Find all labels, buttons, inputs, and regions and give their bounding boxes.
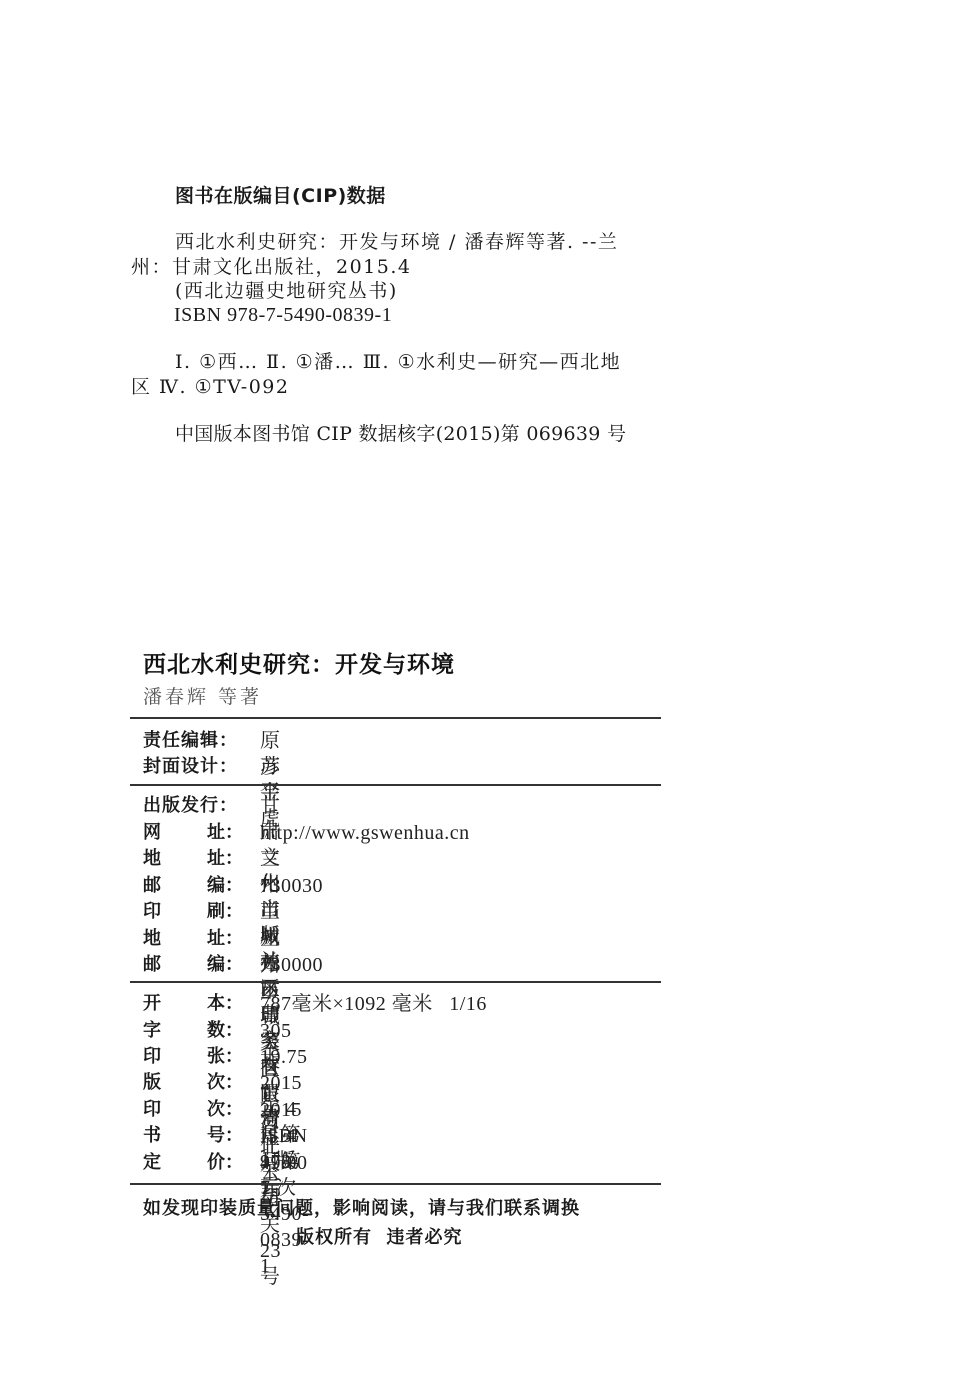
book-author: 潘春辉 等著 — [143, 682, 262, 709]
website-label-a: 网 — [143, 820, 161, 846]
sheets-value: 19.75 — [260, 1044, 308, 1070]
website-label-b: 址： — [207, 820, 243, 846]
printer-address-label-b: 址： — [207, 926, 243, 952]
cip-subject-line-1: Ⅰ. ①西… Ⅱ. ①潘… Ⅲ. ①水利史—研究—西北地 — [175, 350, 621, 374]
publisher-postcode-value: 730030 — [260, 873, 323, 899]
format-label-b: 本： — [207, 991, 243, 1017]
book-title: 西北水利史研究：开发与环境 — [143, 646, 455, 679]
printer-label-b: 刷： — [207, 899, 243, 925]
cip-isbn: ISBN 978-7-5490-0839-1 — [174, 303, 392, 327]
printer-postcode-value: 730000 — [260, 952, 323, 978]
word-count-label-b: 数： — [207, 1018, 243, 1044]
copyright-notice: 版权所有 违者必究 — [296, 1223, 463, 1249]
isbn-label-b: 号： — [207, 1123, 243, 1149]
cip-entry-line-2: 州：甘肃文化出版社，2015.4 — [131, 255, 411, 279]
divider-rule — [130, 784, 661, 786]
printer-address-label-a: 地 — [143, 926, 161, 952]
printer-label-a: 印 — [143, 899, 161, 925]
format-value: 787毫米×1092 毫米 1/16 — [260, 991, 487, 1017]
cip-entry-line-1: 西北水利史研究：开发与环境 / 潘春辉等著. --兰 — [175, 230, 618, 254]
printer-postcode-label-a: 邮 — [143, 952, 161, 978]
price-label-a: 定 — [143, 1150, 161, 1176]
editor-label: 责任编辑： — [143, 728, 238, 754]
printer-postcode-label-b: 编： — [207, 952, 243, 978]
address-label-a: 地 — [143, 846, 161, 872]
cover-designer-label: 封面设计： — [143, 754, 238, 780]
isbn-label-a: 书 — [143, 1123, 161, 1149]
format-label-a: 开 — [143, 991, 161, 1017]
quality-notice: 如发现印装质量问题，影响阅读，请与我们联系调换 — [143, 1194, 580, 1220]
cip-number: 中国版本图书馆 CIP 数据核字(2015)第 069639 号 — [175, 422, 626, 446]
postcode-label-b: 编： — [207, 873, 243, 899]
price-label-b: 价： — [207, 1150, 243, 1176]
printing-label-b: 次： — [207, 1097, 243, 1123]
edition-label-a: 版 — [143, 1070, 161, 1096]
printing-label-a: 印 — [143, 1097, 161, 1123]
postcode-label-a: 邮 — [143, 873, 161, 899]
sheets-label-b: 张： — [207, 1044, 243, 1070]
cip-subject-line-2: 区 Ⅳ. ①TV-092 — [131, 375, 289, 399]
word-count-label-a: 字 — [143, 1018, 161, 1044]
publisher-label: 出版发行： — [143, 793, 238, 819]
cip-heading: 图书在版编目(CIP)数据 — [175, 181, 386, 208]
website-link[interactable]: http://www.gswenhua.cn — [260, 820, 470, 846]
edition-label-b: 次： — [207, 1070, 243, 1096]
divider-rule — [130, 981, 661, 983]
cip-series: (西北边疆史地研究丛书) — [175, 279, 398, 303]
address-label-b: 址： — [207, 846, 243, 872]
sheets-label-a: 印 — [143, 1044, 161, 1070]
divider-rule — [130, 717, 661, 719]
divider-rule — [130, 1183, 661, 1185]
